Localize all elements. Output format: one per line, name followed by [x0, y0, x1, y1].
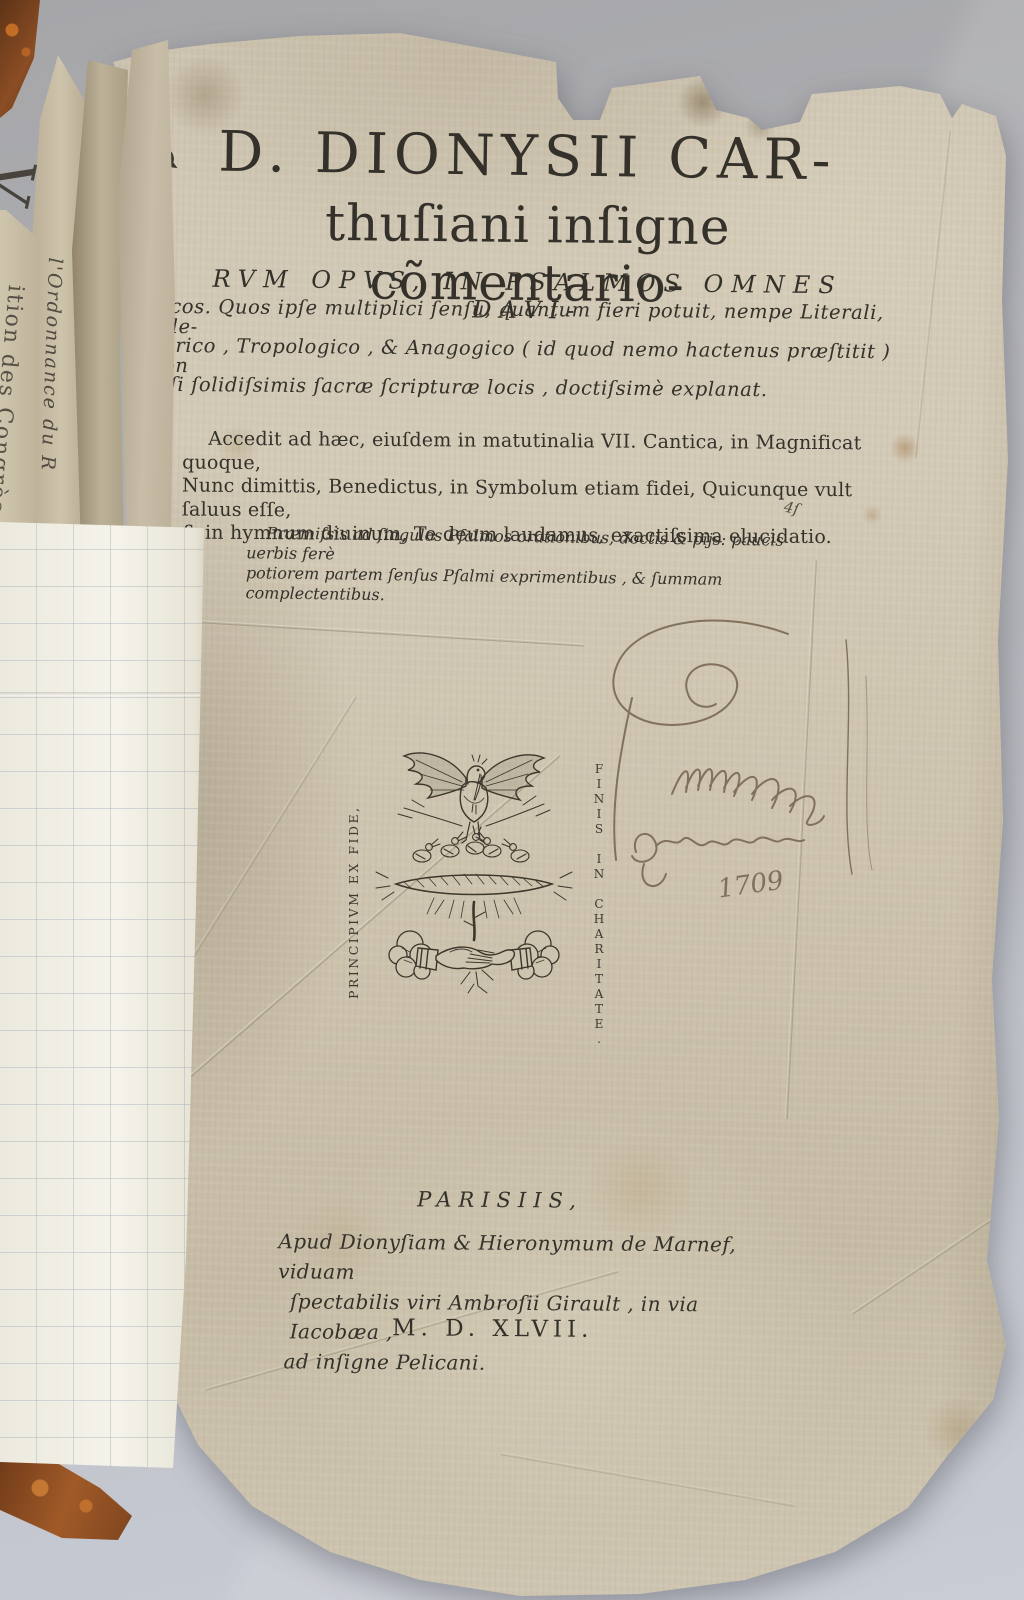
imprint-paragraph: Apud Dionyſiam & Hieronymum de Marnef, v… [277, 1226, 768, 1379]
imprint-place: PARISIIS, [290, 1187, 710, 1214]
printers-device-block: PRINCIPIVM EX FIDE, FINIS IN CHARITATE. [338, 748, 610, 1000]
paper-fold-line [0, 692, 212, 696]
imprint-line: ad inſigne Pelicani. [283, 1346, 767, 1379]
premissis-line: potiorem partem ſenſus Pſalmi exprimenti… [245, 563, 791, 611]
imprint-line: Apud Dionyſiam & Hieronymum de Marnef, v… [278, 1226, 768, 1289]
accedit-line: Accedit ad hæc, eiuſdem in matutinalia V… [182, 428, 882, 480]
argument-paragraph: dicos. Quos ipſe multiplici ſenſu, quant… [150, 297, 896, 401]
device-motto-left: PRINCIPIVM EX FIDE, [346, 764, 361, 999]
accedit-line: Nunc dimittis, Benedictus, in Symbolum e… [182, 475, 882, 527]
inscription-year: 1709 [716, 866, 786, 902]
graph-paper-slip [0, 516, 212, 1474]
pelican-device-woodcut [374, 748, 574, 998]
title-line-1: D. DIONYSII CAR- [165, 119, 891, 194]
premissis-paragraph: Præmiſsis ad ſingulos Pſalmos orationibu… [245, 523, 791, 611]
imprint-date: M. D. XLVII. [392, 1315, 594, 1343]
photo-of-antique-title-page: D. DIONYSII CAR- thuſiani inſigne cõment… [0, 0, 1024, 1600]
device-motto-right: FINIS IN CHARITATE. [592, 762, 606, 1000]
handwritten-inscription: 1709 [580, 612, 910, 902]
